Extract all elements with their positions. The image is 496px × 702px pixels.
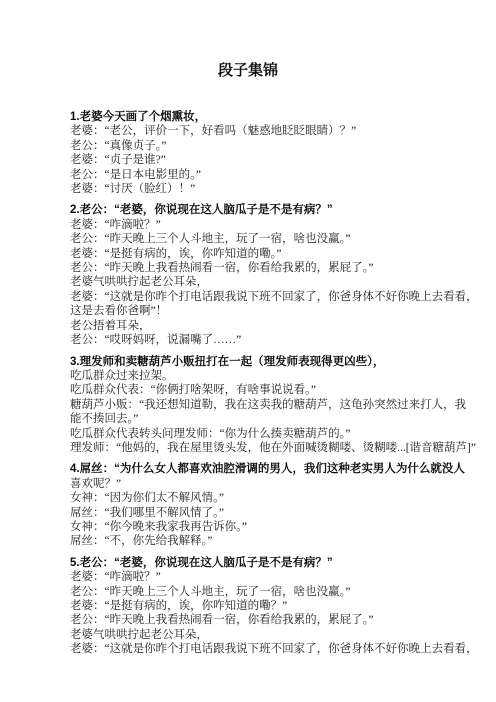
section-4-heading: 4.屌丝：“为什么女人都喜欢油腔滑调的男人，我们这种老实男人为什么就没人 [70, 462, 432, 476]
dialog-line: 糖葫芦小贩：“我还想知道勒，我在这卖我的糖葫芦，这龟孙突然过来打人，我 [70, 398, 432, 412]
dialog-line: 这是去看你爸啊”！ [70, 304, 432, 318]
dialog-line: 老婆：“是挺有病的，诶，你咋知道的嘞？” [70, 599, 432, 613]
joke-section-5: 5.老公：“老婆，你说现在这人脑瓜子是不是有病？” 老婆：“咋滴啦？” 老公：“… [70, 556, 432, 657]
dialog-line: 老婆：“这就是你昨个打电话跟我说下班不回家了，你爸身体不好你晚上去看看， [70, 290, 432, 304]
dialog-line: 老公捂着耳朵， [70, 319, 432, 333]
joke-section-1: 1.老婆今天画了个烟熏妆， 老婆：“老公，评价一下，好看吗（魅惑地眨眨眼睛）？”… [70, 110, 432, 196]
dialog-line: 吃瓜群众代表：“你俩打啥架呀，有啥事说说看。” [70, 383, 432, 397]
dialog-line: 能不揍回去。” [70, 412, 432, 426]
joke-section-4: 4.屌丝：“为什么女人都喜欢油腔滑调的男人，我们这种老实男人为什么就没人 喜欢呢… [70, 462, 432, 548]
section-2-heading: 2.老公：“老婆，你说现在这人脑瓜子是不是有病？” [70, 203, 432, 217]
dialog-line: 老婆：“这就是你昨个打电话跟我说下班不回家了，你爸身体不好你晚上去看看， [70, 642, 432, 656]
dialog-line: 老公：“昨天晚上三个人斗地主，玩了一宿，啥也没赢。” [70, 232, 432, 246]
section-1-heading: 1.老婆今天画了个烟熏妆， [70, 110, 432, 124]
section-3-heading: 3.理发师和卖糖葫芦小贩扭打在一起（理发师表现得更凶些）， [70, 355, 432, 369]
dialog-line: 老婆：“老公，评价一下，好看吗（魅惑地眨眨眼睛）？” [70, 124, 432, 138]
dialog-line: 老公：“昨天晚上我看热闹看一宿，你看给我累的，累屁了。” [70, 613, 432, 627]
dialog-line: 老婆：“讨厌（脸红）！” [70, 182, 432, 196]
dialog-line: 吃瓜群众代表转头问理发师：“你为什么揍卖糖葫芦的。” [70, 427, 432, 441]
dialog-line: 女神：“因为你们太不解风情。” [70, 491, 432, 505]
dialog-line: 屌丝：“不，你先给我解释。” [70, 534, 432, 548]
dialog-line: 老婆：“咋滴啦？” [70, 218, 432, 232]
document-page: 段子集锦 1.老婆今天画了个烟熏妆， 老婆：“老公，评价一下，好看吗（魅惑地眨眨… [0, 0, 496, 702]
dialog-line: 老公：“昨天晚上三个人斗地主，玩了一宿，啥也没赢。” [70, 585, 432, 599]
dialog-line: 老婆气哄哄拧起老公耳朵， [70, 628, 432, 642]
section-5-heading: 5.老公：“老婆，你说现在这人脑瓜子是不是有病？” [70, 556, 432, 570]
dialog-line: 女神：“你今晚来我家我再告诉你。” [70, 520, 432, 534]
dialog-line: 老婆气哄哄拧起老公耳朵， [70, 275, 432, 289]
joke-section-3: 3.理发师和卖糖葫芦小贩扭打在一起（理发师表现得更凶些）， 吃瓜群众过来拉架。 … [70, 355, 432, 456]
page-title: 段子集锦 [0, 0, 496, 80]
dialog-line: 理发师：“他妈的，我在屋里烫头发，他在外面喊烫糊喽、烫糊喽...[谐音糖葫芦]” [70, 441, 432, 455]
document-content: 1.老婆今天画了个烟熏妆， 老婆：“老公，评价一下，好看吗（魅惑地眨眨眼睛）？”… [70, 110, 432, 657]
dialog-line: 屌丝：“我们哪里不解风情了。” [70, 506, 432, 520]
dialog-line: 喜欢呢？” [70, 477, 432, 491]
dialog-line: 老公：“真像贞子。” [70, 139, 432, 153]
dialog-line: 老婆：“贞子是谁?” [70, 153, 432, 167]
dialog-line: 吃瓜群众过来拉架。 [70, 369, 432, 383]
dialog-line: 老公：“昨天晚上我看热闹看一宿，你看给我累的，累屁了。” [70, 261, 432, 275]
joke-section-2: 2.老公：“老婆，你说现在这人脑瓜子是不是有病？” 老婆：“咋滴啦？” 老公：“… [70, 203, 432, 347]
dialog-line: 老婆：“是挺有病的，诶，你咋知道的嘞。” [70, 247, 432, 261]
dialog-line: 老公：“哎呀妈呀，说漏嘴了……” [70, 333, 432, 347]
dialog-line: 老公：“是日本电影里的。” [70, 168, 432, 182]
dialog-line: 老婆：“咋滴啦？” [70, 570, 432, 584]
